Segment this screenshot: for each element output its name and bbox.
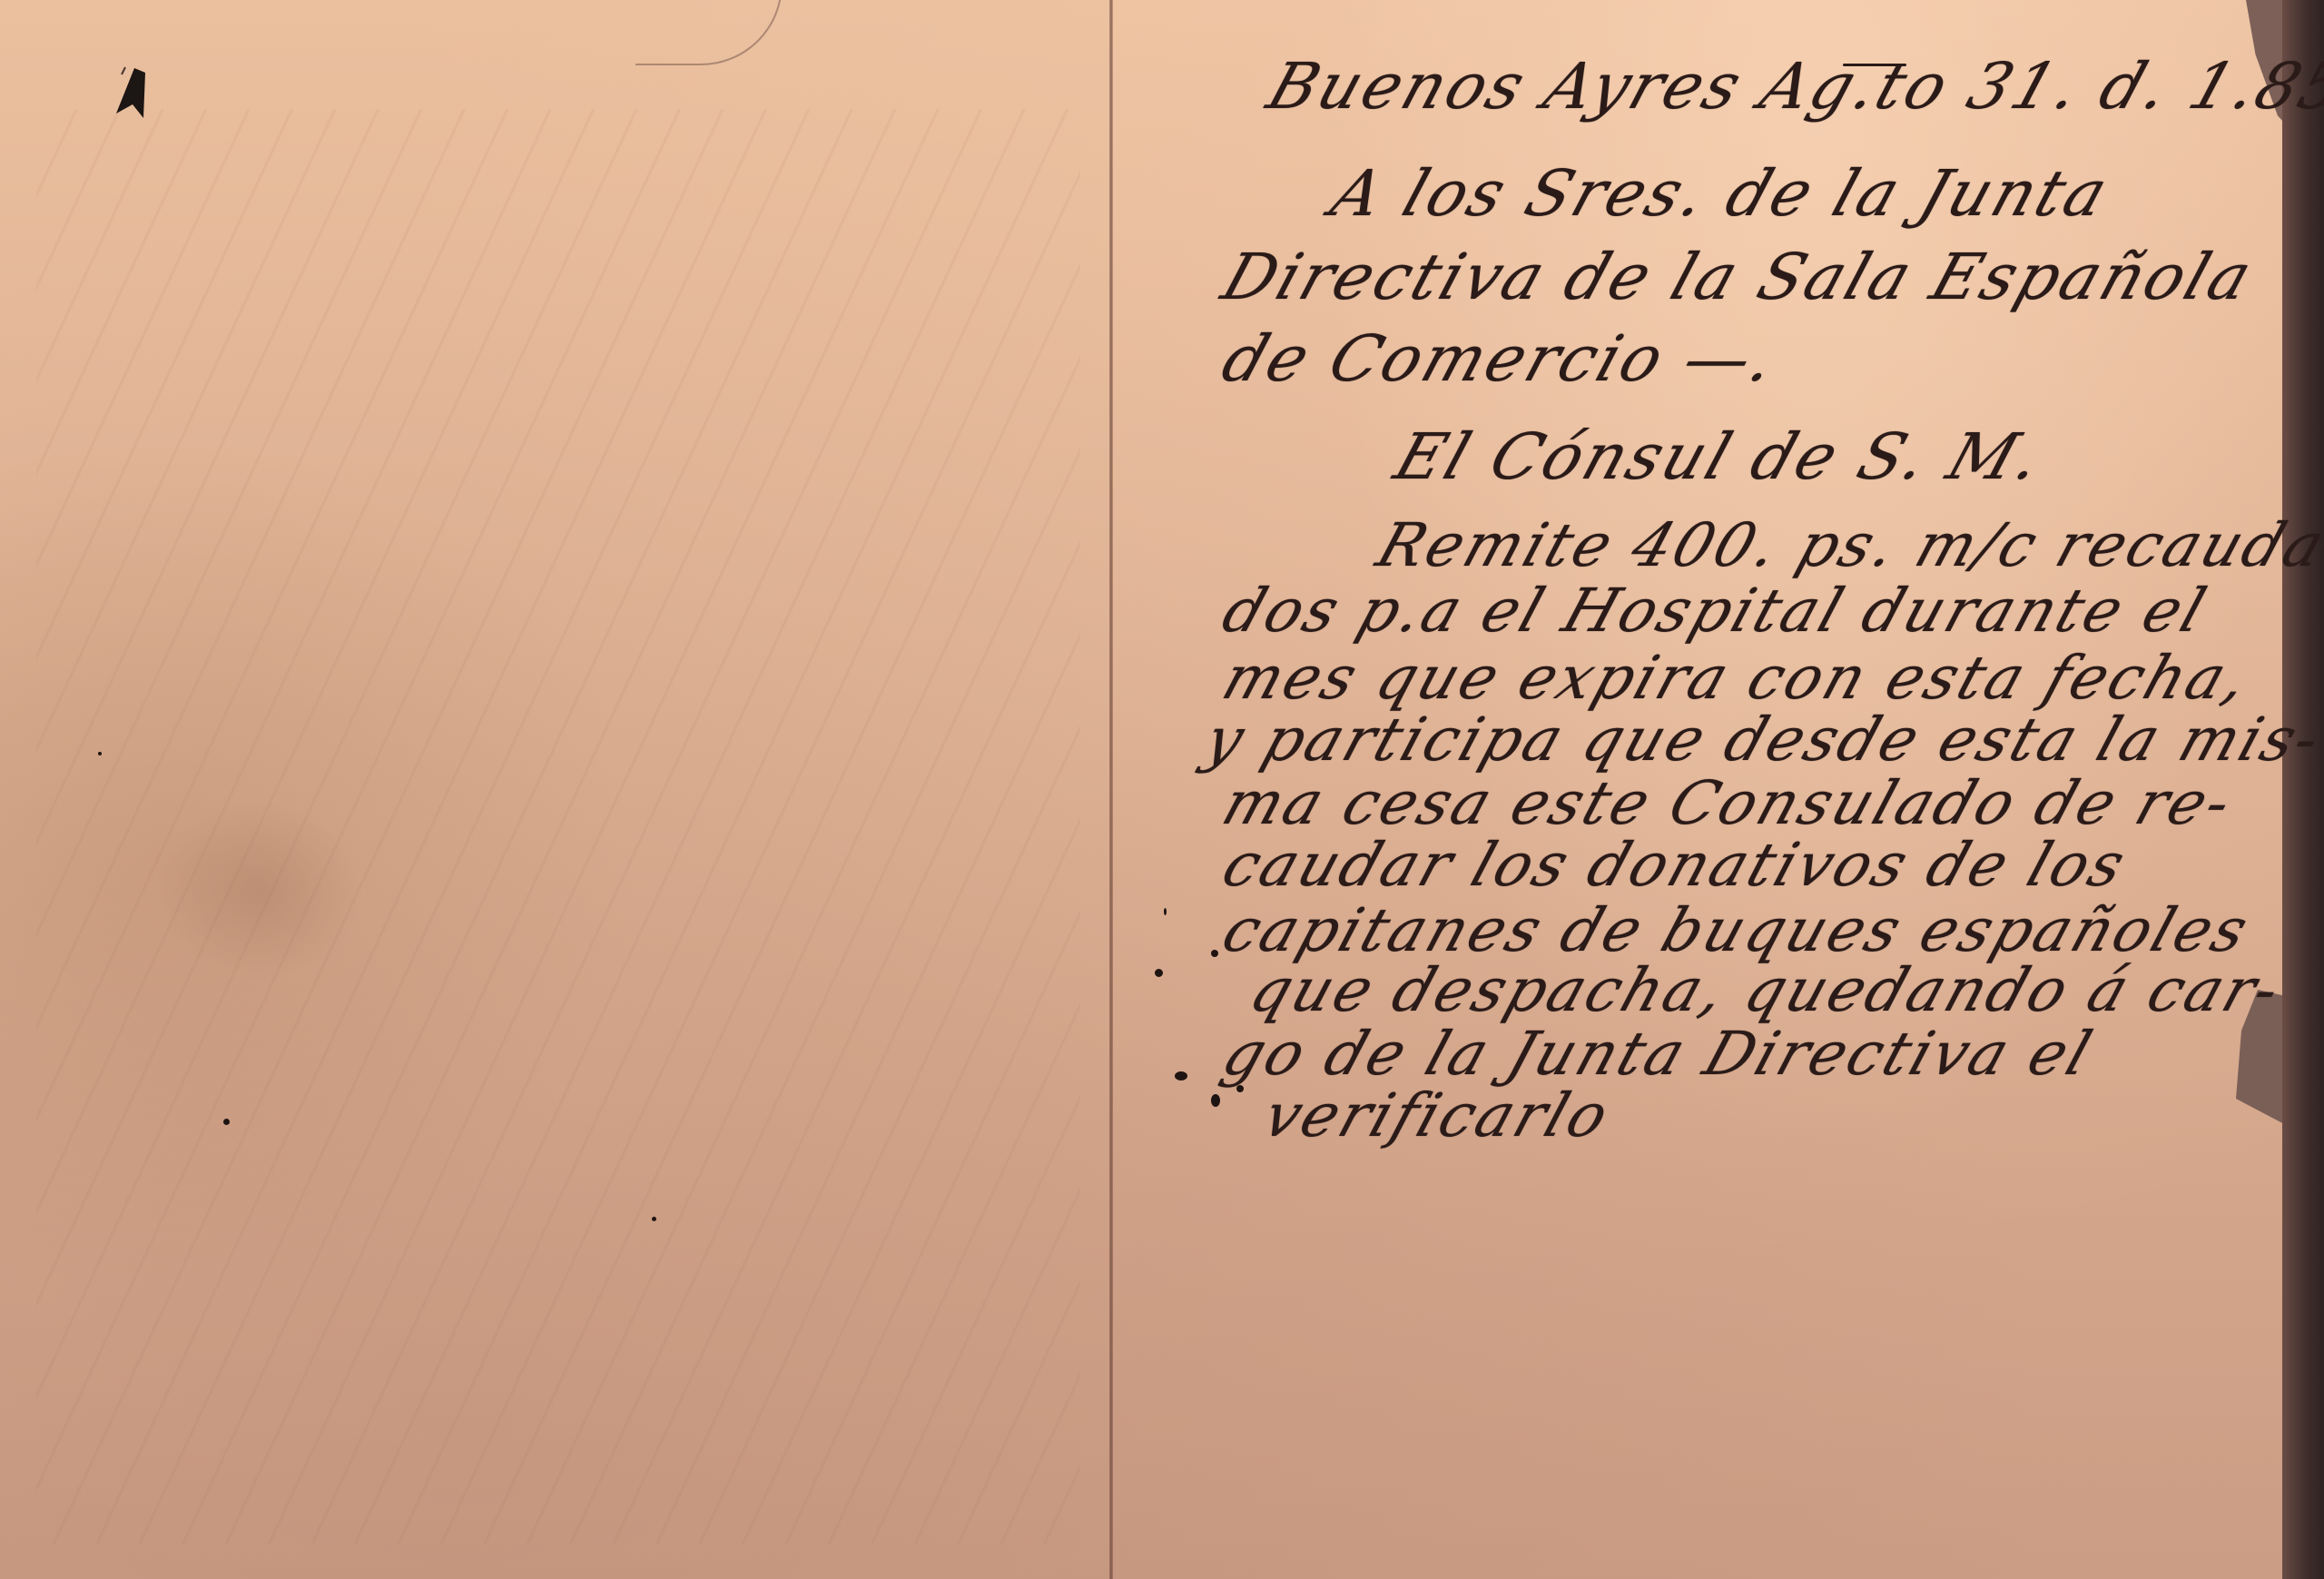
body-line: y participa que desde esta la mis- xyxy=(1197,710,2324,770)
ink-speck xyxy=(98,752,102,755)
ink-blot xyxy=(1211,1094,1220,1107)
addressee-line-3: de Comercio —. xyxy=(1216,327,1786,390)
ink-blot xyxy=(1164,908,1167,915)
body-line: que despacha, quedando á car- xyxy=(1243,961,2289,1021)
sender-line: El Cónsul de S. M. xyxy=(1388,425,2052,489)
body-line: Remite 400. ps. m/c recauda- xyxy=(1370,516,2324,576)
addressee-line-1: A los Sres. de la Junta xyxy=(1324,162,2117,225)
paper-hole-icon xyxy=(98,64,162,127)
ink-blot xyxy=(1175,1071,1187,1081)
ink-speck xyxy=(223,1119,230,1125)
left-page xyxy=(0,0,1112,1579)
dateline: Buenos Ayres Ag.to 31. d. 1.85. xyxy=(1261,54,2324,118)
ink-blot xyxy=(1155,969,1163,977)
body-line: ma cesa este Consulado de re- xyxy=(1216,774,2240,834)
body-line: capitanes de buques españoles xyxy=(1216,901,2257,961)
background-edge xyxy=(2282,0,2324,1579)
water-stain xyxy=(154,799,363,981)
body-line: go de la Junta Directiva el xyxy=(1216,1024,2100,1084)
ink-speck xyxy=(652,1217,656,1221)
body-line: dos p.a el Hospital durante el xyxy=(1216,581,2214,641)
addressee-line-2: Directiva de la Sala Española xyxy=(1216,245,2261,309)
document-photo: Buenos Ayres Ag.to 31. d. 1.85. A los Sr… xyxy=(0,0,2324,1579)
body-line: caudar los donativos de los xyxy=(1216,835,2133,895)
superscript-underline xyxy=(1843,64,1906,66)
body-line: mes que expira con esta fecha, xyxy=(1216,648,2258,708)
body-line: verificarlo xyxy=(1256,1086,1618,1146)
